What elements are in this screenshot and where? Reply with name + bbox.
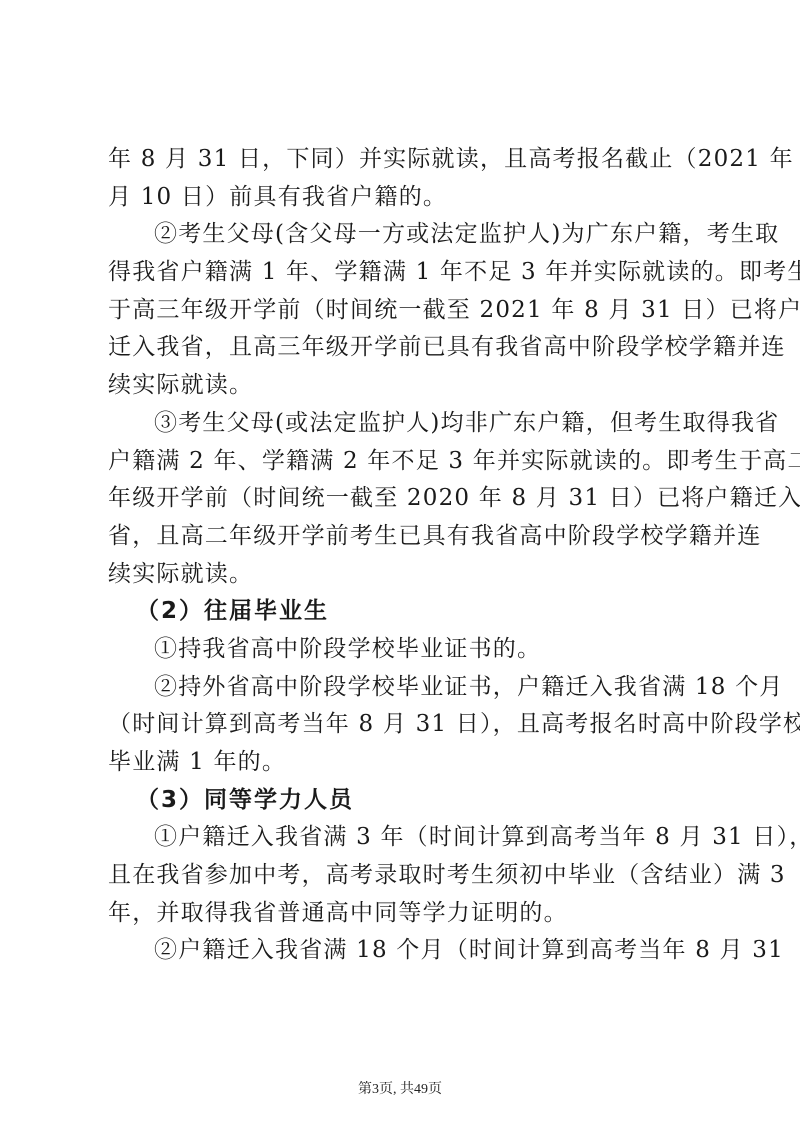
paragraph-start-line: ③考生父母(或法定监护人)均非广东户籍，但考生取得我省: [108, 405, 702, 443]
paragraph-start-line: ②考生父母(含父母一方或法定监护人)为广东户籍，考生取: [108, 216, 702, 254]
text-line: 续实际就读。: [108, 367, 702, 405]
text-line: 毕业满 1 年的。: [108, 744, 702, 782]
section-heading-equivalent: （3）同等学力人员: [108, 782, 702, 820]
text-line: 月 10 日）前具有我省户籍的。: [108, 179, 702, 217]
text-line: 省，且高二年级开学前考生已具有我省高中阶段学校学籍并连: [108, 518, 702, 556]
document-page: 年 8 月 31 日，下同）并实际就读，且高考报名截止（2021 年 11 月 …: [108, 141, 702, 970]
text-line: （时间计算到高考当年 8 月 31 日），且高考报名时高中阶段学校: [108, 706, 702, 744]
text-line: 得我省户籍满 1 年、学籍满 1 年不足 3 年并实际就读的。即考生: [108, 254, 702, 292]
text-line: 续实际就读。: [108, 556, 702, 594]
text-line: 户籍满 2 年、学籍满 2 年不足 3 年并实际就读的。即考生于高二: [108, 443, 702, 481]
text-line: 年，并取得我省普通高中同等学力证明的。: [108, 895, 702, 933]
paragraph-start-line: ①持我省高中阶段学校毕业证书的。: [108, 631, 702, 669]
section-heading-graduates: （2）往届毕业生: [108, 593, 702, 631]
paragraph-start-line: ②户籍迁入我省满 18 个月（时间计算到高考当年 8 月 31: [108, 932, 702, 970]
text-line: 年级开学前（时间统一截至 2020 年 8 月 31 日）已将户籍迁入我: [108, 480, 702, 518]
text-line: 年 8 月 31 日，下同）并实际就读，且高考报名截止（2021 年 11: [108, 141, 702, 179]
page-indicator: 第3页, 共49页: [0, 1078, 800, 1098]
text-line: 于高三年级开学前（时间统一截至 2021 年 8 月 31 日）已将户籍: [108, 292, 702, 330]
paragraph-start-line: ①户籍迁入我省满 3 年（时间计算到高考当年 8 月 31 日），: [108, 819, 702, 857]
paragraph-start-line: ②持外省高中阶段学校毕业证书，户籍迁入我省满 18 个月: [108, 669, 702, 707]
text-line: 且在我省参加中考，高考录取时考生须初中毕业（含结业）满 3: [108, 857, 702, 895]
text-line: 迁入我省，且高三年级开学前已具有我省高中阶段学校学籍并连: [108, 329, 702, 367]
